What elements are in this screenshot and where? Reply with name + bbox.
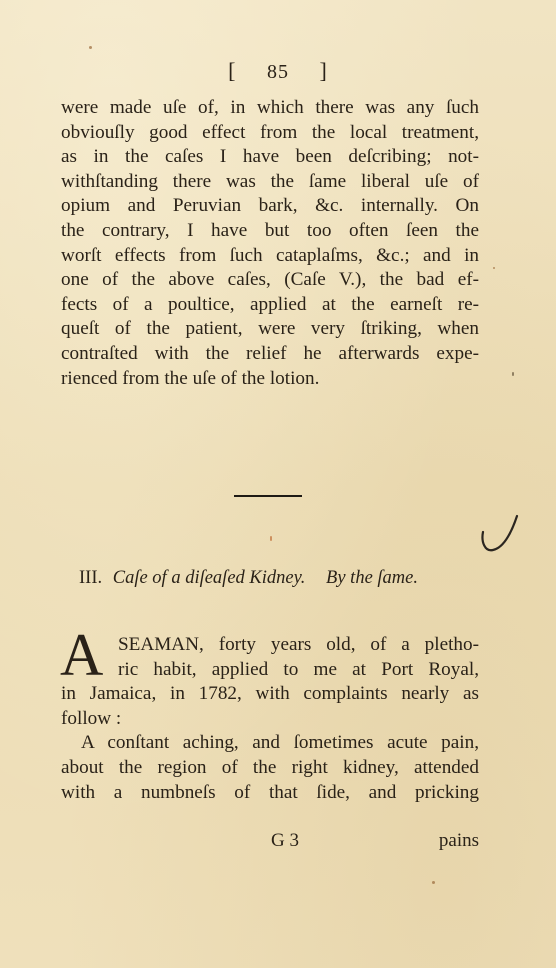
- text-line: opium and Peruvian bark, &c. internally.…: [61, 194, 479, 219]
- page-header: [ 85 ]: [0, 58, 556, 84]
- text-line: the contrary, I have but too often ſeen …: [61, 219, 479, 244]
- text-line: one of the above caſes, (Caſe V.), the b…: [61, 268, 479, 293]
- section-title: Caſe of a diſeaſed Kidney.: [113, 568, 306, 588]
- case-paragraph: SEAMAN, forty years old, of a pletho- ri…: [61, 633, 479, 805]
- section-numeral: III.: [79, 568, 102, 588]
- page-footer: G 3 pains: [61, 830, 479, 856]
- paper-speck: [493, 267, 495, 269]
- section-heading: III. Caſe of a diſeaſed Kidney. By the ſ…: [79, 568, 418, 589]
- header-left-bracket: [: [228, 58, 236, 84]
- handwritten-check-mark-icon: [481, 512, 521, 558]
- text-line: contraſted with the relief he afterwards…: [61, 342, 479, 367]
- catchword: pains: [439, 830, 479, 852]
- text-line: ric habit, applied to me at Port Royal,: [61, 658, 479, 683]
- text-line: about the region of the right kidney, at…: [61, 756, 479, 781]
- text-line: obviouſly good effect from the local tre…: [61, 121, 479, 146]
- paragraph-continued: were made uſe of, in which there was any…: [61, 96, 479, 391]
- text-line: SEAMAN, forty years old, of a pletho-: [61, 633, 479, 658]
- paper-speck: [89, 46, 92, 49]
- text-line: rienced from the uſe of the lotion.: [61, 367, 479, 392]
- paper-speck: [432, 881, 435, 884]
- section-byline: By the ſame.: [326, 568, 418, 588]
- text-line: fects of a poultice, applied at the earn…: [61, 293, 479, 318]
- text-line: queſt of the patient, were very ſtriking…: [61, 317, 479, 342]
- text-line: as in the caſes I have been deſcribing; …: [61, 145, 479, 170]
- section-divider-rule: [234, 495, 302, 497]
- text-line: in Jamaica, in 1782, with complaints nea…: [61, 682, 479, 707]
- text-line: were made uſe of, in which there was any…: [61, 96, 479, 121]
- text-line: with a numbneſs of that ſide, and pricki…: [61, 781, 479, 806]
- text-line: withſtanding there was the ſame liberal …: [61, 170, 479, 195]
- paper-speck: [512, 372, 514, 376]
- text-line: A conſtant aching, and ſometimes acute p…: [61, 731, 479, 756]
- text-line: worſt effects from ſuch cataplaſms, &c.;…: [61, 244, 479, 269]
- page-number: 85: [267, 61, 289, 84]
- paper-speck: [270, 536, 272, 541]
- header-right-bracket: ]: [320, 58, 328, 84]
- text-line: follow :: [61, 707, 479, 732]
- book-page: [ 85 ] were made uſe of, in which there …: [0, 0, 556, 968]
- signature-mark: G 3: [271, 830, 299, 852]
